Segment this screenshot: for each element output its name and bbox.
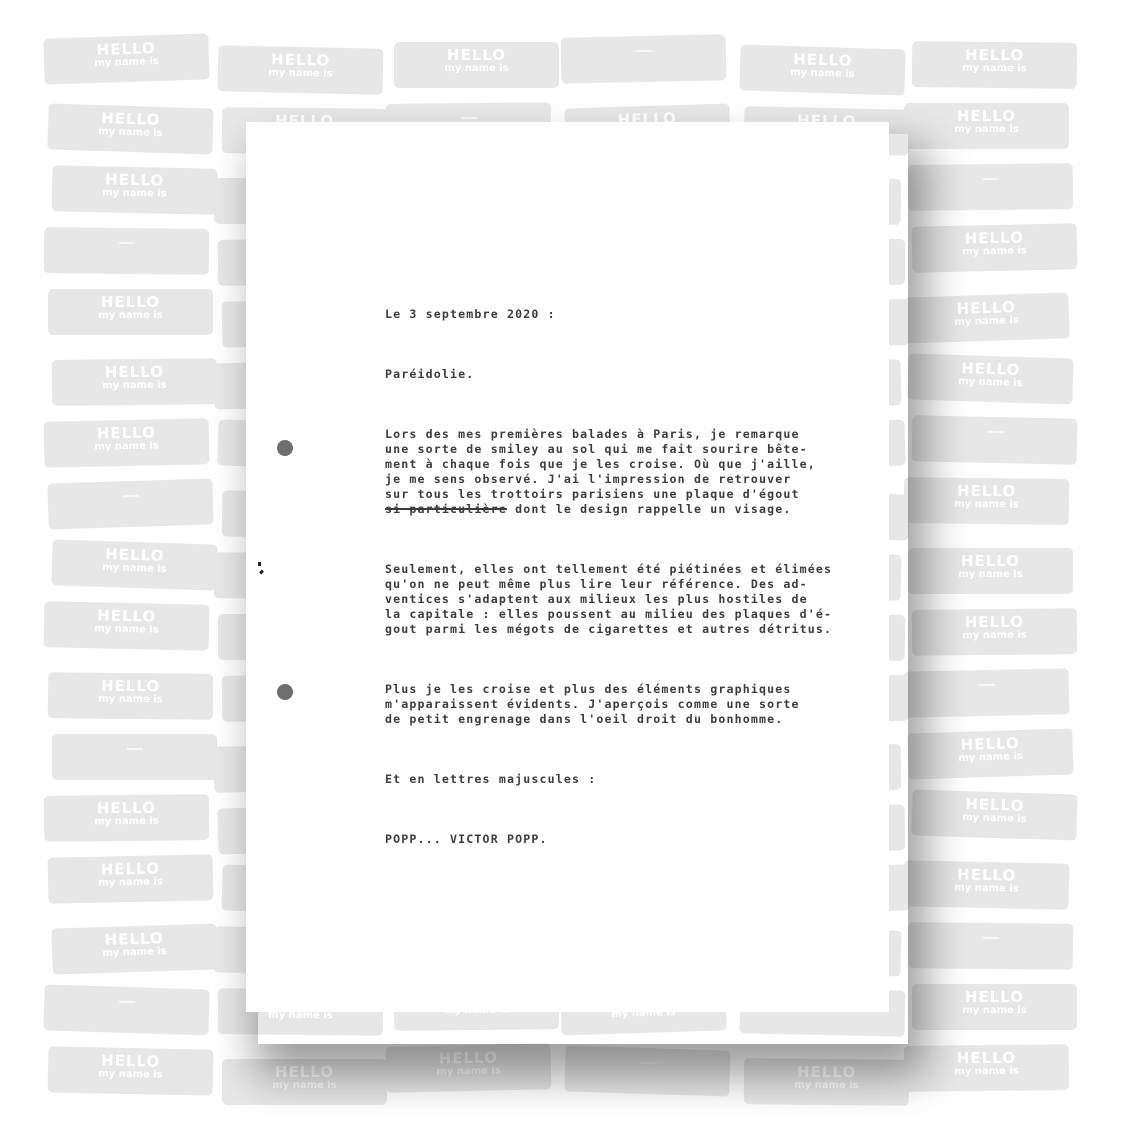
tag-subheading: my name is xyxy=(48,310,213,321)
line: une sorte de smiley au sol qui me fait s… xyxy=(385,442,808,456)
name-tag-tile: HELLOmy name is xyxy=(907,353,1073,404)
name-tag-tile: HELLOmy name is xyxy=(907,728,1073,779)
name-tag-tile: HELLOmy name is xyxy=(47,103,213,154)
name-tag-tile: HELLOmy name is xyxy=(908,922,1073,970)
tag-subheading: my name is xyxy=(48,875,213,889)
ink-speck xyxy=(259,570,264,575)
line: Plus je les croise et plus des éléments … xyxy=(385,682,792,696)
tag-heading: HELLO xyxy=(744,1064,909,1081)
name-tag-tile: HELLOmy name is xyxy=(48,854,214,903)
tag-subheading: my name is xyxy=(48,1067,213,1081)
tag-subheading: my name is xyxy=(44,439,209,453)
name-tag-tile: HELLOmy name is xyxy=(44,601,210,650)
tag-heading: HELLO xyxy=(904,109,1069,124)
name-tag-tile: HELLOmy name is xyxy=(44,227,209,275)
line: de petit engrenage dans l'oeil droit du … xyxy=(385,712,783,726)
name-tag-tile: HELLOmy name is xyxy=(911,789,1077,840)
name-tag-tile: HELLOmy name is xyxy=(43,984,209,1035)
line: la capitale : elles poussent au milieu d… xyxy=(385,607,832,621)
name-tag-tile: HELLOmy name is xyxy=(47,478,213,529)
name-tag-tile: HELLOmy name is xyxy=(903,292,1069,343)
tag-subheading: my name is xyxy=(218,66,383,80)
name-tag-tile: HELLOmy name is xyxy=(48,289,213,335)
letter-body: Le 3 septembre 2020 : Paréidolie. Lors d… xyxy=(385,277,832,892)
name-tag-tile: HELLOmy name is xyxy=(52,165,218,214)
tag-heading: HELLO xyxy=(904,483,1069,500)
paragraph-2: Seulement, elles ont tellement été piéti… xyxy=(385,562,832,637)
tag-subheading: my name is xyxy=(904,124,1069,135)
name-tag-tile: HELLOmy name is xyxy=(908,163,1073,211)
tag-heading: HELLO xyxy=(48,678,213,695)
name-tag-tile: HELLOmy name is xyxy=(744,1058,909,1106)
tag-heading: HELLO xyxy=(44,800,209,817)
name-tag-tile: HELLOmy name is xyxy=(904,860,1070,909)
line: Seulement, elles ont tellement été piéti… xyxy=(385,562,832,576)
name-tag-tile: HELLOmy name is xyxy=(48,672,213,720)
tag-subheading: my name is xyxy=(394,63,559,74)
line: ment à chaque fois que je les croise. Où… xyxy=(385,457,816,471)
name-tag-tile: HELLOmy name is xyxy=(561,34,727,83)
name-tag-tile: HELLOmy name is xyxy=(912,415,1078,464)
tag-heading: HELLO xyxy=(394,48,559,63)
tag-subheading: my name is xyxy=(744,1079,909,1092)
tag-heading: HELLO xyxy=(912,614,1077,631)
tag-heading: HELLO xyxy=(904,1050,1069,1067)
line: dont le design rappelle un visage. xyxy=(507,502,792,516)
name-tag-tile: HELLOmy name is xyxy=(904,103,1069,149)
name-tag-tile: HELLOmy name is xyxy=(43,33,209,84)
tag-subheading: my name is xyxy=(908,569,1073,580)
tag-heading: HELLO xyxy=(908,554,1073,569)
tag-subheading: my name is xyxy=(52,186,217,200)
line: Lors des mes premières balades à Paris, … xyxy=(385,427,800,441)
name-tag-tile: HELLOmy name is xyxy=(908,548,1073,594)
line: gout parmi les mégots de cigarettes et a… xyxy=(385,622,832,636)
line: sur tous les trottoirs parisiens une pla… xyxy=(385,487,800,501)
name-tag-tile: HELLOmy name is xyxy=(386,1043,552,1092)
tag-subheading: my name is xyxy=(912,1005,1077,1016)
tag-heading: HELLO xyxy=(48,295,213,310)
name-tag-tile: HELLOmy name is xyxy=(564,1045,730,1096)
tag-subheading: my name is xyxy=(48,693,213,706)
struck-text: si particulière xyxy=(385,502,507,516)
name-tag-tile: HELLOmy name is xyxy=(51,923,217,974)
ink-speck xyxy=(258,562,261,566)
name-tag-tile: HELLOmy name is xyxy=(222,1059,387,1105)
line: ventices s'adaptent aux milieux les plus… xyxy=(385,592,808,606)
name-tag-tile: HELLOmy name is xyxy=(394,42,559,88)
tag-subheading: my name is xyxy=(912,244,1077,258)
tag-subheading: my name is xyxy=(44,815,209,828)
name-tag-tile: HELLOmy name is xyxy=(912,223,1078,272)
tag-subheading: my name is xyxy=(912,62,1077,75)
binder-hole-icon xyxy=(277,684,293,700)
tag-heading: HELLO xyxy=(52,364,217,381)
name-tag-tile: HELLOmy name is xyxy=(912,984,1077,1030)
tag-heading: HELLO xyxy=(222,1065,387,1080)
name-tag-tile: HELLOmy name is xyxy=(218,45,384,94)
line: je me sens observé. J'ai l'impression de… xyxy=(385,472,792,486)
tag-subheading: my name is xyxy=(222,1080,387,1091)
date-line: Le 3 septembre 2020 : xyxy=(385,307,832,322)
tag-subheading: my name is xyxy=(904,881,1069,895)
typewritten-page: Le 3 septembre 2020 : Paréidolie. Lors d… xyxy=(246,122,889,1012)
letter-title: Paréidolie. xyxy=(385,367,832,382)
name-tag-tile: HELLOmy name is xyxy=(44,794,209,842)
paragraph-3: Plus je les croise et plus des éléments … xyxy=(385,682,832,727)
tag-subheading: my name is xyxy=(52,379,217,392)
name-tag-tile: HELLOmy name is xyxy=(912,608,1077,656)
signature: POPP... VICTOR POPP. xyxy=(385,832,832,847)
tag-subheading: my name is xyxy=(904,1065,1069,1078)
line: qu'on ne peut même plus lire leur référe… xyxy=(385,577,808,591)
tag-subheading: my name is xyxy=(904,498,1069,511)
name-tag-tile: HELLOmy name is xyxy=(904,477,1069,525)
name-tag-tile: HELLOmy name is xyxy=(44,418,210,467)
name-tag-tile: HELLOmy name is xyxy=(51,539,217,590)
tag-subheading: my name is xyxy=(44,622,209,636)
tag-heading: HELLO xyxy=(912,990,1077,1005)
tag-subheading: my name is xyxy=(912,629,1077,642)
name-tag-tile: HELLOmy name is xyxy=(48,1046,214,1095)
line: m'apparaissent évidents. J'aperçois comm… xyxy=(385,697,800,711)
name-tag-tile: HELLOmy name is xyxy=(904,1044,1069,1092)
name-tag-tile: HELLOmy name is xyxy=(912,41,1077,89)
closing-intro: Et en lettres majuscules : xyxy=(385,772,832,787)
name-tag-tile: HELLOmy name is xyxy=(739,44,905,95)
paragraph-1: Lors des mes premières balades à Paris, … xyxy=(385,427,832,517)
name-tag-tile: HELLOmy name is xyxy=(52,734,217,780)
name-tag-tile: HELLOmy name is xyxy=(52,358,217,406)
binder-hole-icon xyxy=(277,440,293,456)
name-tag-tile: HELLOmy name is xyxy=(904,668,1070,717)
tag-heading: HELLO xyxy=(912,47,1077,64)
tag-subheading: my name is xyxy=(386,1064,551,1078)
